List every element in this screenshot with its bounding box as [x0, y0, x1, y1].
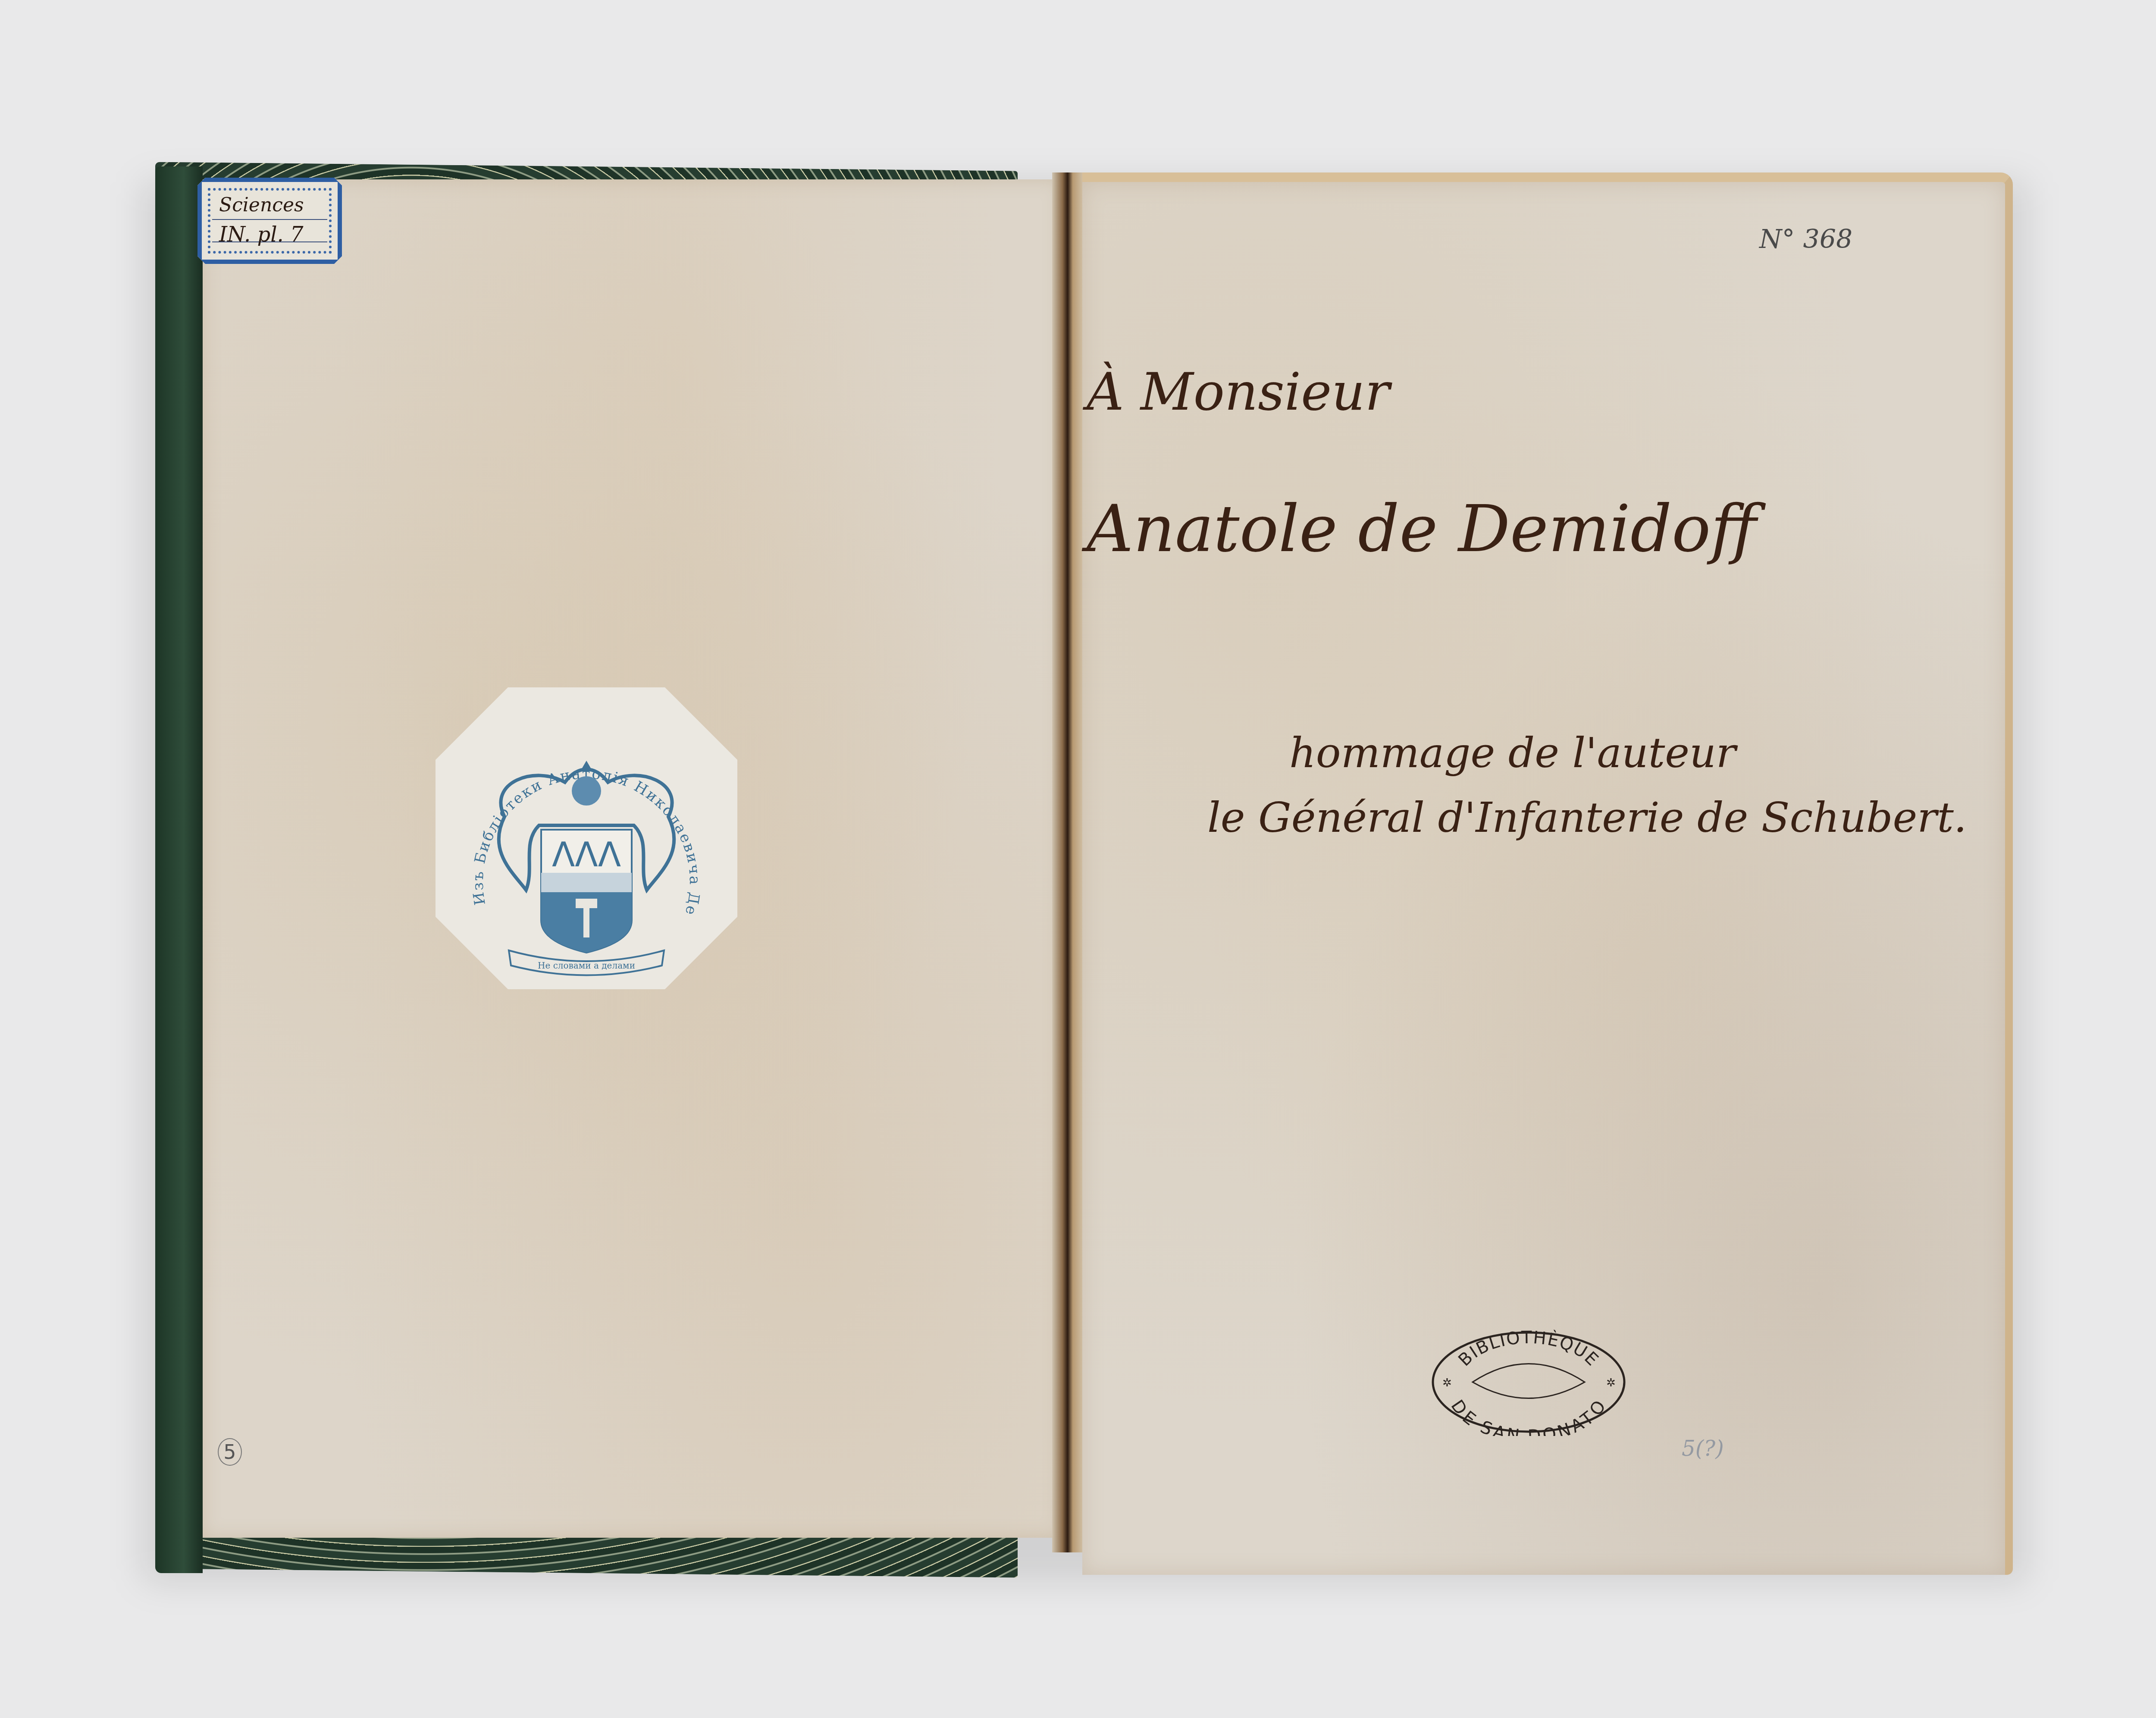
dedication-line-1: À Monsieur: [1087, 362, 1390, 422]
san-donato-library-stamp: BIBLIOTHÈQUE DE SAN DONATO ✲ ✲: [1429, 1328, 1628, 1436]
shelf-number: N° 368: [1759, 224, 1852, 254]
green-cloth-spine-edge: [155, 166, 203, 1573]
demidov-bookplate: Изъ Библіотеки Анатолія Николаевича Деми…: [436, 687, 737, 989]
stamp-bottom-text: DE SAN DONATO: [1447, 1396, 1610, 1436]
shelf-label-mark: IN. pl. 7: [219, 223, 304, 247]
bookplate-motto: Не словами а делами: [538, 960, 635, 971]
coat-of-arms-icon: Изъ Библіотеки Анатолія Николаевича Деми…: [436, 687, 737, 989]
dedication-line-3: hommage de l'auteur: [1289, 729, 1736, 777]
shield-letters: ΛΛΛ: [552, 836, 621, 875]
shelf-label: Sciences IN. pl. 7: [197, 178, 342, 264]
stamp-star-icon: ✲: [1606, 1376, 1616, 1389]
dedication-line-2: Anatole de Demidoff: [1087, 492, 1757, 567]
dedication-line-4: le Général d'Infanterie de Schubert.: [1207, 793, 1967, 842]
pencil-circled-number: 5: [218, 1438, 242, 1466]
shelf-label-subject: Sciences: [219, 194, 304, 216]
label-rule: [212, 219, 327, 220]
stamp-star-icon: ✲: [1442, 1376, 1452, 1389]
svg-text:DE SAN DONATO: DE SAN DONATO: [1447, 1396, 1610, 1436]
faint-blue-mark: 5(?): [1682, 1436, 1724, 1461]
book-gutter: [1052, 172, 1087, 1552]
